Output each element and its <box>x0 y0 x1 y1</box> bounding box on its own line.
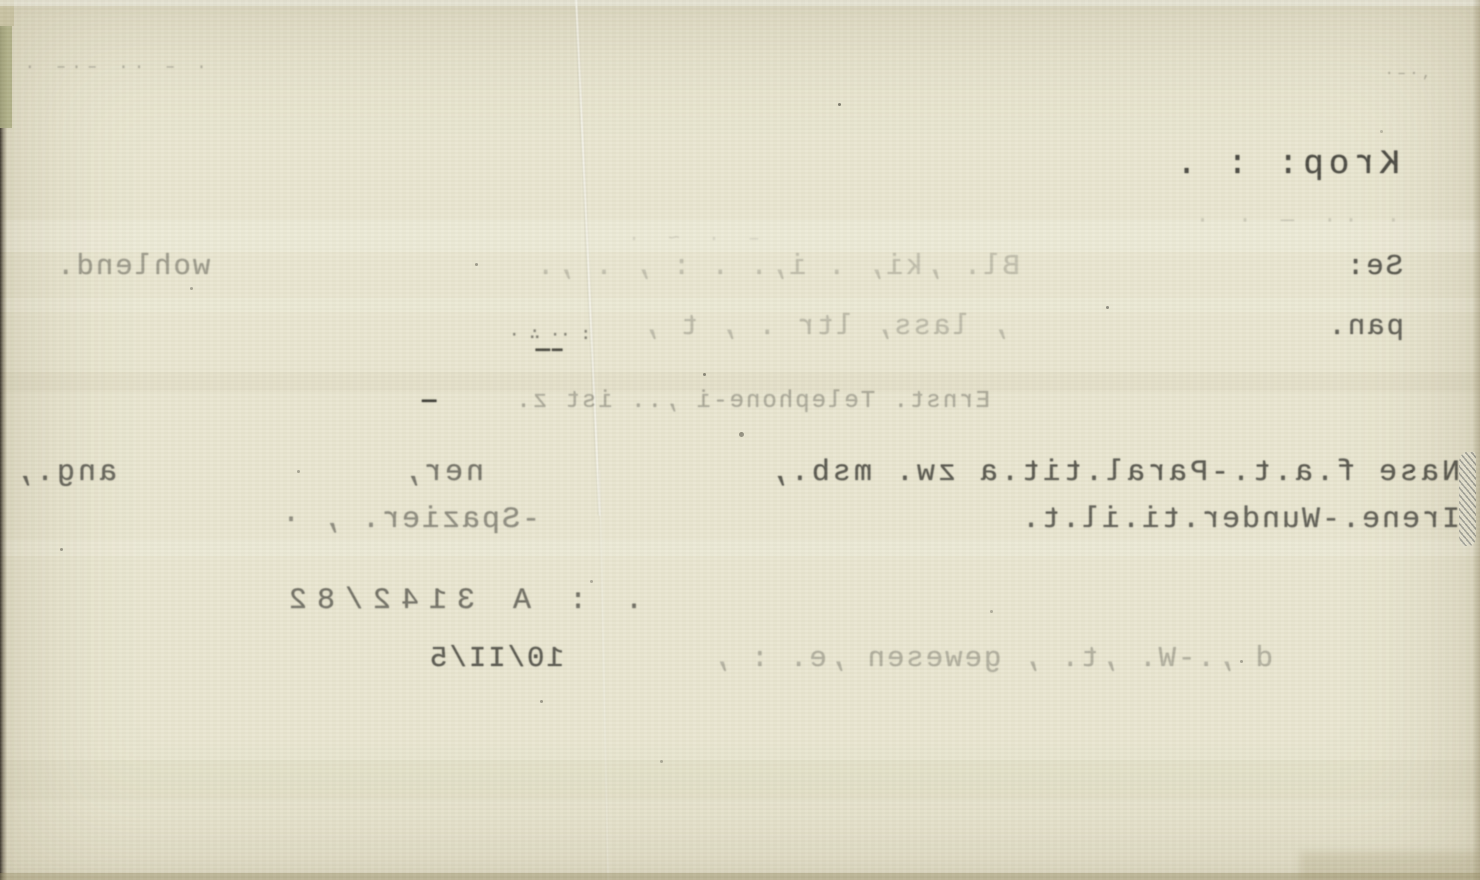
typed-line-nase: Nase f.a.t.-Paral.tit.a zw. msb., ner, a… <box>12 456 1460 490</box>
edge-chip-green <box>0 26 12 128</box>
pencil-scribble-top-right: ·–·, <box>1385 66 1470 82</box>
scan-band <box>0 540 1480 556</box>
typed-text: Nase f.a.t.-Paral.tit.a zw. msb., <box>767 456 1460 490</box>
scribble-text: ·–·, <box>1385 66 1435 82</box>
typed-line-ernst: Ernst. Telephone-i ,.. ist z. — <box>420 388 990 415</box>
scan-edge-left <box>0 0 7 880</box>
corner-shade-bottom-right <box>1300 852 1480 880</box>
typed-line-bottom: d ,.-W. ,t. , gewesen ,e. : , 10/II/5 <box>428 642 1273 675</box>
typed-text: Se: <box>1345 250 1403 283</box>
scribble-text: · –·– ·· – · <box>25 58 212 76</box>
typed-text-faint: d ,.-W. ,t. , gewesen ,e. : , <box>710 642 1273 675</box>
edge-chip-tan <box>0 0 14 26</box>
typed-line-file-number: . : A 3142/82 <box>238 584 643 618</box>
typed-line-irene: Irene.-Wunder.ti.il.t. -Spazier. , · <box>280 503 1460 537</box>
typed-text-faint: wohlend. <box>55 250 210 283</box>
typed-text-faint: , lass, ltr . , t , <box>640 310 1009 343</box>
ghost-row-1: · ·· — · · <box>1000 208 1400 233</box>
typed-text-faint: Bl. ,ki, . i,. . : , . ,. <box>535 250 1020 283</box>
ghost-row-2: – · ~ · <box>330 228 760 251</box>
typed-text: ner, <box>400 456 484 490</box>
hatched-tape-fragment <box>1459 452 1476 546</box>
typed-text: 10/II/5 <box>428 642 564 675</box>
pencil-scribble-top-left: · –·– ·· – · <box>25 58 295 76</box>
paper-grain-overlay <box>0 0 1480 880</box>
typed-line-se: Se: Bl. ,ki, . i,. . : , . ,. wohlend. <box>55 250 1403 283</box>
scan-edge-right <box>1473 0 1480 880</box>
smudge-dash: —– <box>470 337 630 364</box>
ghost-text: · ·· — · · <box>1188 208 1400 233</box>
ghost-text: – · ~ · <box>620 228 760 251</box>
typed-text: ang., <box>12 456 117 490</box>
typed-text: — <box>420 388 436 415</box>
typed-line-pan: pan. , lass, ltr . , t , <box>640 310 1404 343</box>
scan-band <box>0 760 1480 800</box>
typed-text: Irene.-Wunder.ti.il.t. <box>1020 503 1460 537</box>
scan-edge-top <box>0 0 1480 6</box>
scanned-card-verso: Krop: : . Se: Bl. ,ki, . i,. . : , . ,. … <box>0 0 1480 880</box>
ink-smudge-cluster: · ∴ ·· : —– <box>470 324 630 364</box>
paper-specks <box>838 103 841 106</box>
typed-text: . : A 3142/82 <box>279 584 643 618</box>
typed-text-faint: -Spazier. , · <box>280 503 540 537</box>
typed-text: pan. <box>1326 310 1404 343</box>
scan-edge-bottom <box>0 873 1480 880</box>
typed-text: Krop: : . <box>1171 146 1400 184</box>
typed-text-faint: Ernst. Telephone-i ,.. ist z. <box>514 388 990 415</box>
typed-line-krop: Krop: : . <box>1040 146 1400 184</box>
